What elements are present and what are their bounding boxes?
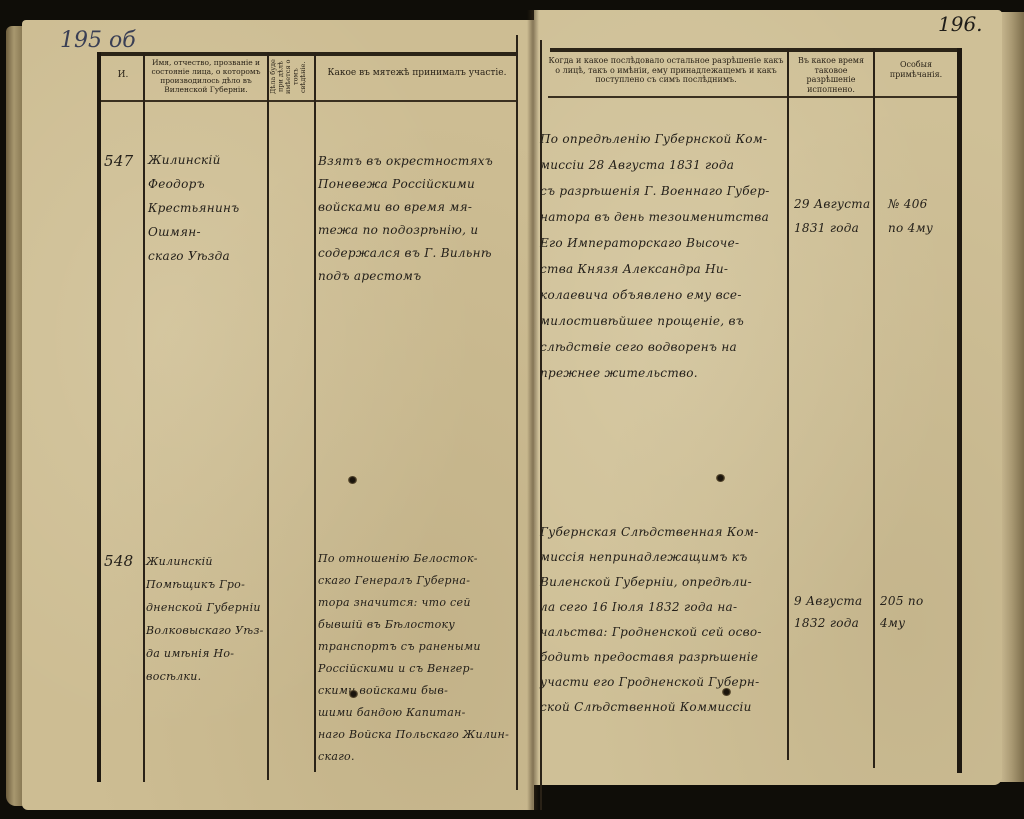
entry-548-name: Жилинскій Помѣщикъ Гро- дненской Губерні… [146,550,268,688]
entry-548-notes: 205 по 4му [880,590,956,634]
header-name: Имя, отчество, прозваніе и состояніе лиц… [146,58,266,94]
left-margin-rule [97,52,101,782]
entry-548-resolution: Губернская Слѣдственная Ком- миссія непр… [540,520,790,720]
entry-548-executed-when: 9 Августа 1832 года [794,590,874,634]
header-notes: Особыя примѣчанія. [876,60,956,79]
entry-547-executed-when: 29 Августа 1831 года [794,192,874,240]
header-bottom-rule-left [98,100,518,102]
entry-547-resolution: По опредѣленію Губернской Ком- миссіи 28… [540,126,790,386]
entry-547-number: 547 [104,150,134,172]
right-margin-rule [957,48,962,773]
folio-number-left: 195 об [60,28,136,53]
paper-hole-left [348,476,357,484]
paper-hole-left-lower [349,690,358,698]
header-bottom-rule-right [548,96,960,98]
folio-number-right: 196. [938,12,983,36]
entry-547-name: Жилинскій Феодоръ Крестьянинъ Ошмян- ска… [148,148,268,268]
page-stack-right-edge [1000,12,1024,782]
header-executed-when: Въ какое время таковое разрѣшеніе исполн… [790,56,872,94]
paper-hole-right-lower [722,688,731,696]
book-gutter [527,10,539,810]
col-divider-presence [314,52,316,772]
entry-547-notes: № 406 по 4му [888,192,958,240]
header-top-rule-right [550,48,960,52]
header-presence: Дѣла буде при дѣлѣ имѣется о томъ свѣдѣн… [270,56,314,98]
col-divider-executed [873,48,875,768]
header-participation: Какое въ мятежѣ принималъ участіе. [318,68,516,79]
entry-548-number: 548 [104,550,134,572]
header-number: И. [108,70,138,81]
paper-hole-right [716,474,725,482]
header-resolution: Когда и какое послѣдовало остальное разр… [548,56,784,85]
entry-547-participation: Взятъ въ окрестностяхъ Поневежа Россійск… [318,150,518,288]
entry-548-participation: По отношенію Белосток- скаго Генералъ Гу… [318,548,518,768]
col-divider-num [143,52,145,782]
